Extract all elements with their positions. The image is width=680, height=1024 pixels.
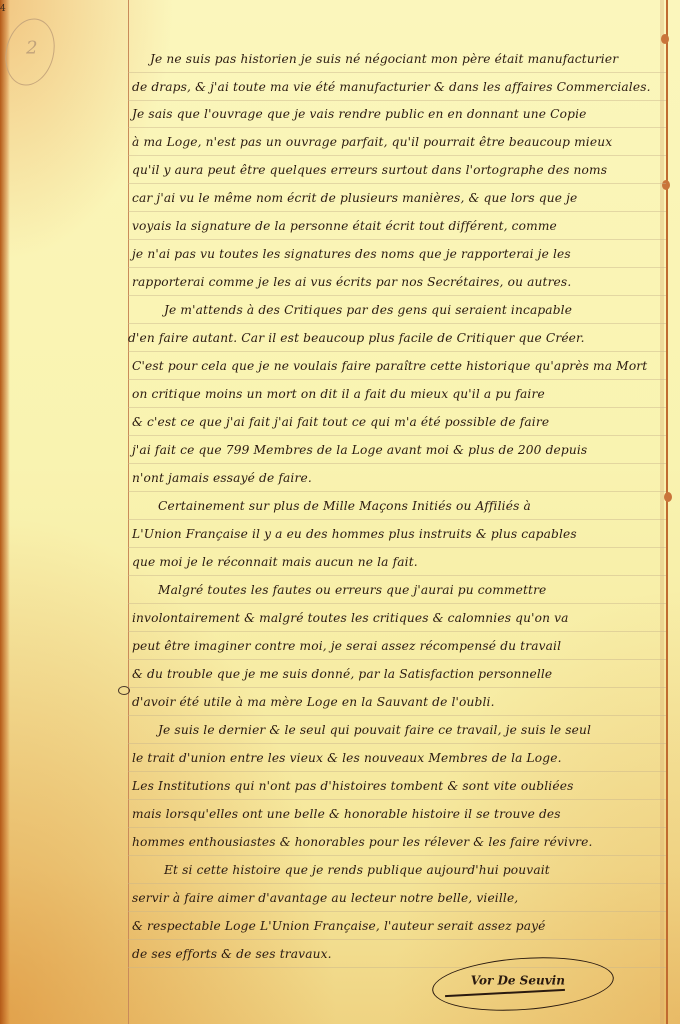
manuscript-line: & du trouble que je me suis donné, par l… xyxy=(132,667,552,681)
ruled-line xyxy=(128,631,666,632)
manuscript-line: involontairement & malgré toutes les cri… xyxy=(132,611,569,625)
ruled-line xyxy=(128,547,666,548)
ruled-line xyxy=(128,743,666,744)
ruled-line xyxy=(128,911,666,912)
signature-text: Vor De Seuvin xyxy=(471,973,565,987)
ruled-line xyxy=(128,155,666,156)
manuscript-line: mais lorsqu'elles ont une belle & honora… xyxy=(132,807,561,821)
manuscript-line: Je suis le dernier & le seul qui pouvait… xyxy=(158,723,591,737)
manuscript-line: Les Institutions qui n'ont pas d'histoir… xyxy=(132,779,573,793)
binding-pin xyxy=(662,180,670,190)
manuscript-line: n'ont jamais essayé de faire. xyxy=(132,471,312,485)
manuscript-line: Je m'attends à des Critiques par des gen… xyxy=(164,303,572,317)
ruled-line xyxy=(128,183,666,184)
manuscript-line: de ses efforts & de ses travaux. xyxy=(132,947,332,961)
ruled-line xyxy=(128,855,666,856)
ruled-line xyxy=(128,323,666,324)
page-edge-stain xyxy=(0,0,10,1024)
ruled-line xyxy=(128,659,666,660)
manuscript-line: d'avoir été utile à ma mère Loge en la S… xyxy=(132,695,495,709)
manuscript-line: on critique moins un mort on dit il a fa… xyxy=(132,387,545,401)
ruled-line xyxy=(128,519,666,520)
ruled-line xyxy=(128,267,666,268)
manuscript-line: car j'ai vu le même nom écrit de plusieu… xyxy=(132,191,577,205)
ruled-line xyxy=(128,883,666,884)
ruled-line xyxy=(128,435,666,436)
ruled-line xyxy=(128,211,666,212)
binding-pin xyxy=(661,34,669,44)
manuscript-line: & respectable Loge L'Union Française, l'… xyxy=(132,919,546,933)
ruled-line xyxy=(128,72,666,73)
manuscript-line: de draps, & j'ai toute ma vie été manufa… xyxy=(132,80,651,94)
manuscript-line: qu'il y aura peut être quelques erreurs … xyxy=(132,163,607,177)
manuscript-line: rapporterai comme je les ai vus écrits p… xyxy=(132,275,571,289)
ruled-line xyxy=(128,379,666,380)
ruled-line xyxy=(128,827,666,828)
folio-number: 2 xyxy=(26,37,37,58)
ruled-line xyxy=(128,771,666,772)
ruled-line xyxy=(128,295,666,296)
ruled-line xyxy=(128,407,666,408)
ruled-line xyxy=(128,939,666,940)
manuscript-line: voyais la signature de la personne était… xyxy=(132,219,557,233)
ruled-line xyxy=(128,799,666,800)
ruled-line xyxy=(128,100,666,101)
margin-mark xyxy=(118,686,130,695)
manuscript-line: Certainement sur plus de Mille Maçons In… xyxy=(158,499,531,513)
ruled-line xyxy=(128,715,666,716)
corner-mark: 4 xyxy=(0,4,6,14)
ruled-line xyxy=(128,463,666,464)
manuscript-line: que moi je le réconnait mais aucun ne la… xyxy=(132,555,418,569)
binding-rule xyxy=(666,0,668,1024)
ruled-line xyxy=(128,603,666,604)
manuscript-line: C'est pour cela que je ne voulais faire … xyxy=(132,359,647,373)
manuscript-line: à ma Loge, n'est pas un ouvrage parfait,… xyxy=(132,135,612,149)
binding-pin xyxy=(664,492,672,502)
manuscript-line: hommes enthousiastes & honorables pour l… xyxy=(132,835,592,849)
ruled-line xyxy=(128,575,666,576)
manuscript-line: je n'ai pas vu toutes les signatures des… xyxy=(132,247,571,261)
manuscript-line: Je sais que l'ouvrage que je vais rendre… xyxy=(132,107,587,121)
ruled-line xyxy=(128,239,666,240)
manuscript-line: Je ne suis pas historien je suis né négo… xyxy=(150,52,618,66)
manuscript-page: 4 2 Je ne suis pas historien je suis né … xyxy=(0,0,680,1024)
manuscript-line: L'Union Française il y a eu des hommes p… xyxy=(132,527,577,541)
manuscript-line: & c'est ce que j'ai fait j'ai fait tout … xyxy=(132,415,549,429)
ruled-line xyxy=(128,351,666,352)
manuscript-line: Malgré toutes les fautes ou erreurs que … xyxy=(158,583,546,597)
binding-shadow xyxy=(660,0,664,1024)
ruled-line xyxy=(128,491,666,492)
manuscript-line: peut être imaginer contre moi, je serai … xyxy=(132,639,561,653)
manuscript-line: servir à faire aimer d'avantage au lecte… xyxy=(132,891,518,905)
signature-flourish: Vor De Seuvin xyxy=(430,952,615,1017)
ruled-line xyxy=(128,687,666,688)
manuscript-line: le trait d'union entre les vieux & les n… xyxy=(132,751,562,765)
ruled-line xyxy=(128,127,666,128)
manuscript-line: d'en faire autant. Car il est beaucoup p… xyxy=(128,331,585,345)
manuscript-line: j'ai fait ce que 799 Membres de la Loge … xyxy=(132,443,587,457)
margin-rule xyxy=(128,0,129,1024)
manuscript-line: Et si cette histoire que je rends publiq… xyxy=(164,863,550,877)
